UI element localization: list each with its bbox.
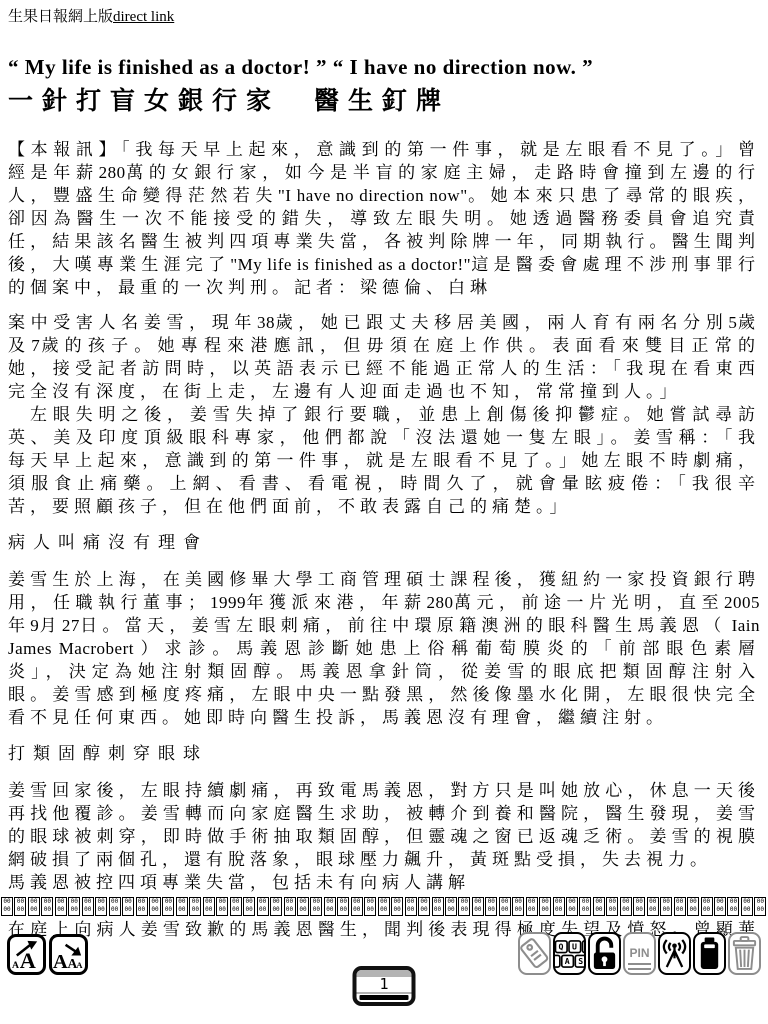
missing-glyph-box: 0000 bbox=[741, 897, 753, 916]
missing-glyph-box: 0000 bbox=[674, 897, 686, 916]
missing-glyph-box: 0000 bbox=[485, 897, 497, 916]
missing-glyph-box: 0000 bbox=[405, 897, 417, 916]
paragraph-charges: 馬義恩被控四項專業失當，包括未有向病人講解 bbox=[8, 871, 760, 894]
missing-glyph-box: 0000 bbox=[445, 897, 457, 916]
missing-glyph-box: 0000 bbox=[606, 897, 618, 916]
paragraph-blindness: 左眼失明之後，姜雪失掉了銀行要職，並患上創傷後抑鬱症。她嘗試尋訪英、美及印度頂級… bbox=[8, 403, 760, 518]
missing-glyph-box: 0000 bbox=[270, 897, 282, 916]
device-buttons: Q U A S PIN bbox=[518, 932, 761, 975]
missing-glyph-box: 0000 bbox=[28, 897, 40, 916]
direct-link[interactable]: direct link bbox=[113, 9, 174, 25]
missing-glyph-box: 0000 bbox=[243, 897, 255, 916]
missing-glyph-box: 0000 bbox=[337, 897, 349, 916]
missing-glyph-box: 0000 bbox=[526, 897, 538, 916]
missing-glyph-box: 0000 bbox=[754, 897, 766, 916]
svg-text:A: A bbox=[565, 956, 570, 966]
missing-glyph-box: 0000 bbox=[539, 897, 551, 916]
unlock-button[interactable] bbox=[588, 932, 621, 975]
missing-glyph-box: 0000 bbox=[687, 897, 699, 916]
font-increase-icon: A A bbox=[10, 937, 43, 972]
svg-text:Q: Q bbox=[558, 942, 563, 952]
missing-glyph-box: 0000 bbox=[284, 897, 296, 916]
missing-glyph-box: 0000 bbox=[55, 897, 67, 916]
antenna-button[interactable] bbox=[658, 932, 691, 975]
article-body: 【本報訊】「我每天早上起來，意識到的第一件事，就是左眼看不見了。」曾經是年薪28… bbox=[8, 138, 760, 964]
missing-glyph-box: 0000 bbox=[230, 897, 242, 916]
trash-icon bbox=[730, 934, 759, 973]
svg-text:S: S bbox=[578, 956, 583, 966]
missing-glyph-box: 0000 bbox=[418, 897, 430, 916]
svg-text:A: A bbox=[12, 960, 19, 971]
page-number: 1 bbox=[357, 977, 412, 992]
missing-glyph-box: 0000 bbox=[364, 897, 376, 916]
ereader-page: 生果日報網上版direct link “ My life is finished… bbox=[0, 0, 768, 1024]
missing-glyph-box: 0000 bbox=[566, 897, 578, 916]
missing-glyph-box: 0000 bbox=[189, 897, 201, 916]
missing-glyph-box: 0000 bbox=[136, 897, 148, 916]
missing-glyph-box: 0000 bbox=[553, 897, 565, 916]
missing-glyph-box: 0000 bbox=[14, 897, 26, 916]
missing-glyph-box: 0000 bbox=[310, 897, 322, 916]
page-indicator-mid-band bbox=[357, 992, 412, 995]
font-decrease-icon: A A A bbox=[52, 937, 85, 972]
missing-glyph-box: 0000 bbox=[162, 897, 174, 916]
svg-text:A: A bbox=[76, 960, 83, 970]
missing-glyph-box: 0000 bbox=[499, 897, 511, 916]
paragraph-victim: 案中受害人名姜雪，現年38歲，她已跟丈夫移居美國，兩人育有兩名分別5歲及7歲的孩… bbox=[8, 311, 760, 403]
missing-glyph-box: 0000 bbox=[324, 897, 336, 916]
font-size-buttons: A A A A A bbox=[7, 934, 88, 975]
font-increase-button[interactable]: A A bbox=[7, 934, 46, 975]
page-indicator-bar bbox=[360, 995, 409, 1000]
antenna-icon bbox=[660, 934, 689, 973]
device-toolbar: A A A A A Q U A S PIN bbox=[0, 928, 768, 1024]
pin-button[interactable]: PIN bbox=[623, 932, 656, 975]
tag-icon bbox=[520, 934, 549, 973]
missing-glyph-box: 0000 bbox=[216, 897, 228, 916]
pin-icon: PIN bbox=[625, 946, 654, 970]
document-content: 生果日報網上版direct link “ My life is finished… bbox=[0, 0, 768, 964]
missing-glyph-box: 0000 bbox=[109, 897, 121, 916]
paragraph-background: 姜雪生於上海，在美國修畢大學工商管理碩士課程後，獲紐約一家投資銀行聘用，任職執行… bbox=[8, 568, 760, 729]
headline-english: “ My life is finished as a doctor! ” “ I… bbox=[8, 54, 760, 80]
trash-button[interactable] bbox=[728, 932, 761, 975]
battery-button[interactable] bbox=[693, 932, 726, 975]
section-heading-patient-pain: 病人叫痛沒有理會 bbox=[8, 531, 760, 554]
missing-glyph-box: 0000 bbox=[458, 897, 470, 916]
lead-paragraph: 【本報訊】「我每天早上起來，意識到的第一件事，就是左眼看不見了。」曾經是年薪28… bbox=[8, 138, 760, 299]
missing-glyph-box: 0000 bbox=[432, 897, 444, 916]
missing-glyph-box: 0000 bbox=[512, 897, 524, 916]
missing-glyph-box: 0000 bbox=[95, 897, 107, 916]
missing-glyph-box: 0000 bbox=[82, 897, 94, 916]
keyboard-button[interactable]: Q U A S bbox=[553, 932, 586, 975]
missing-glyph-box: 0000 bbox=[203, 897, 215, 916]
site-title: 生果日報網上版 bbox=[8, 9, 113, 25]
missing-glyph-box: 0000 bbox=[714, 897, 726, 916]
page-indicator[interactable]: 1 bbox=[353, 966, 416, 1006]
missing-glyph-box: 0000 bbox=[620, 897, 632, 916]
section-heading-steroid: 打類固醇刺穿眼球 bbox=[8, 742, 760, 765]
missing-glyph-box: 0000 bbox=[149, 897, 161, 916]
missing-glyph-box: 0000 bbox=[122, 897, 134, 916]
paragraph-aftermath: 姜雪回家後，左眼持續劇痛，再致電馬義恩，對方只是叫她放心，休息一天後再找他覆診。… bbox=[8, 779, 760, 871]
missing-glyph-box: 0000 bbox=[660, 897, 672, 916]
svg-text:U: U bbox=[572, 942, 577, 952]
missing-glyph-box: 0000 bbox=[647, 897, 659, 916]
missing-glyph-box: 0000 bbox=[593, 897, 605, 916]
missing-glyph-box: 0000 bbox=[297, 897, 309, 916]
missing-glyph-box: 0000 bbox=[472, 897, 484, 916]
missing-glyph-box: 0000 bbox=[701, 897, 713, 916]
missing-glyph-box: 0000 bbox=[176, 897, 188, 916]
missing-glyph-box: 0000 bbox=[1, 897, 13, 916]
battery-icon bbox=[695, 934, 724, 973]
missing-glyph-box: 0000 bbox=[579, 897, 591, 916]
missing-glyph-box: 0000 bbox=[633, 897, 645, 916]
tag-button[interactable] bbox=[518, 932, 551, 975]
missing-glyph-row: 0000000000000000000000000000000000000000… bbox=[1, 897, 767, 916]
keyboard-icon: Q U A S bbox=[555, 934, 584, 973]
missing-glyph-box: 0000 bbox=[68, 897, 80, 916]
unlock-icon bbox=[590, 934, 619, 973]
missing-glyph-box: 0000 bbox=[41, 897, 53, 916]
missing-glyph-box: 0000 bbox=[391, 897, 403, 916]
doc-header: 生果日報網上版direct link bbox=[8, 8, 760, 27]
missing-glyph-box: 0000 bbox=[378, 897, 390, 916]
missing-glyph-box: 0000 bbox=[257, 897, 269, 916]
missing-glyph-box: 0000 bbox=[351, 897, 363, 916]
missing-glyph-box: 0000 bbox=[727, 897, 739, 916]
headline-chinese: 一針打盲女銀行家 醫生釘牌 bbox=[8, 87, 760, 117]
svg-text:A: A bbox=[53, 951, 68, 972]
font-decrease-button[interactable]: A A A bbox=[49, 934, 88, 975]
